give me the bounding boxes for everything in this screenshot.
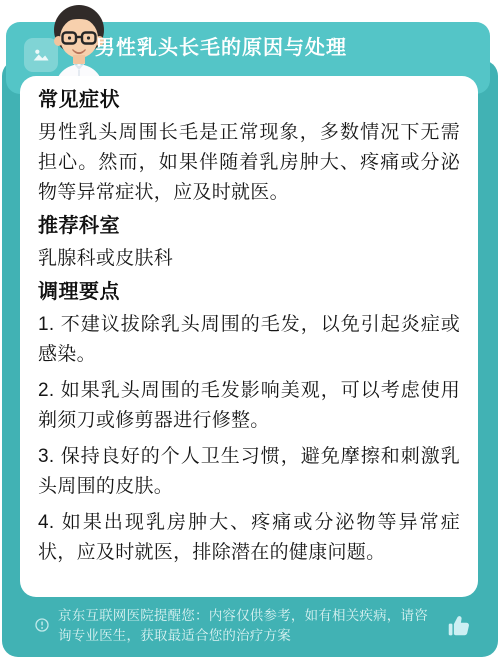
section-heading: 推荐科室	[38, 214, 460, 238]
content-card: 常见症状男性乳头周围长毛是正常现象，多数情况下无需担心。然而，如果伴随着乳房肿大…	[20, 76, 478, 597]
section-heading: 调理要点	[38, 280, 460, 304]
section-heading: 常见症状	[38, 88, 460, 112]
footer-bar: 京东互联网医院提醒您：内容仅供参考，如有相关疾病，请咨询专业医生，获取最适合您的…	[34, 602, 474, 650]
thumbs-up-glyph	[445, 612, 473, 640]
page-title: 男性乳头长毛的原因与处理	[95, 31, 475, 60]
section-paragraph: 男性乳头周围长毛是正常现象，多数情况下无需担心。然而，如果伴随着乳房肿大、疼痛或…	[38, 118, 460, 208]
section-paragraph: 乳腺科或皮肤科	[38, 244, 460, 274]
card-sections: 常见症状男性乳头周围长毛是正常现象，多数情况下无需担心。然而，如果伴随着乳房肿大…	[38, 88, 460, 568]
alert-info-icon	[34, 617, 50, 633]
section-paragraph: 2. 如果乳头周围的毛发影响美观，可以考虑使用剃须刀或修剪器进行修整。	[38, 376, 460, 436]
health-card-page: { "theme": { "outer_teal": "#41b2b4", "h…	[0, 0, 500, 661]
section-paragraph: 3. 保持良好的个人卫生习惯，避免摩擦和刺激乳头周围的皮肤。	[38, 442, 460, 502]
thumbs-up-icon[interactable]	[444, 611, 474, 641]
disclaimer-text: 京东互联网医院提醒您：内容仅供参考，如有相关疾病，请咨询专业医生，获取最适合您的…	[58, 606, 432, 646]
section-paragraph: 4. 如果出现乳房肿大、疼痛或分泌物等异常症状，应及时就医，排除潜在的健康问题。	[38, 508, 460, 568]
section-paragraph: 1. 不建议拔除乳头周围的毛发，以免引起炎症或感染。	[38, 310, 460, 370]
